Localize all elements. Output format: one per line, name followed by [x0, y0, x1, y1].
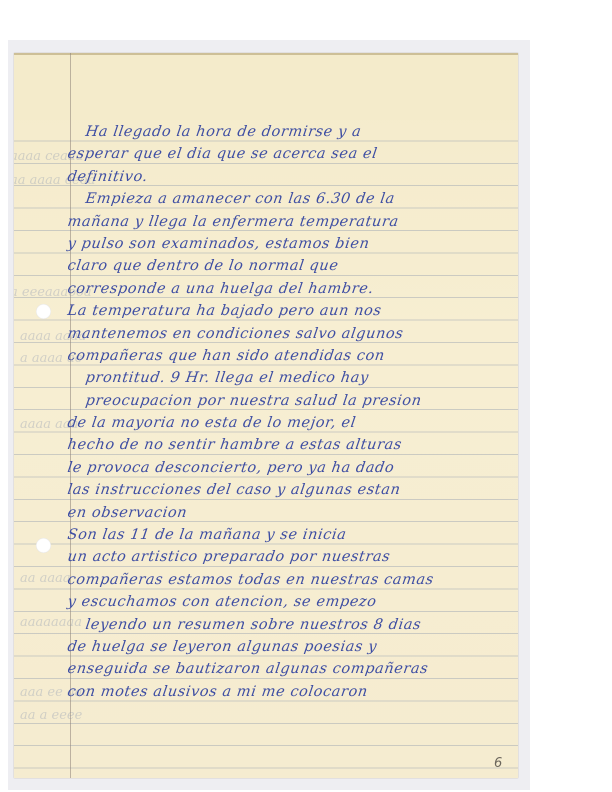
binder-hole-bottom	[36, 538, 51, 553]
text-line: preocupacion por nuestra salud la presio…	[66, 390, 529, 412]
binder-hole-top	[36, 304, 51, 319]
text-line: de huelga se leyeron algunas poesias y	[66, 636, 529, 658]
text-line: Son las 11 de la mañana y se inicia	[66, 524, 529, 546]
text-line: prontitud. 9 Hr. llega el medico hay	[66, 367, 529, 389]
text-line: esperar que el dia que se acerca sea el	[66, 143, 529, 165]
text-line: claro que dentro de lo normal que	[66, 255, 529, 277]
text-line: en observacion	[66, 502, 529, 524]
paper-top-edge	[14, 53, 518, 55]
text-line: corresponde a una huelga del hambre.	[66, 278, 529, 300]
text-line: un acto artistico preparado por nuestras	[66, 546, 529, 568]
page-number: 6	[494, 756, 502, 771]
text-line: enseguida se bautizaron algunas compañer…	[66, 658, 529, 680]
text-line: y pulso son examinados, estamos bien	[66, 233, 529, 255]
text-line: Empieza a amanecer con las 6.30 de la	[66, 188, 529, 210]
handwritten-text: Ha llegado la hora de dormirse y a esper…	[66, 121, 526, 703]
text-line: con motes alusivos a mi me colocaron	[66, 681, 529, 703]
text-line: definitivo.	[66, 166, 529, 188]
text-line: y escuchamos con atencion, se empezo	[66, 591, 529, 613]
text-line: hecho de no sentir hambre a estas altura…	[66, 434, 529, 456]
text-line: La temperatura ha bajado pero aun nos	[66, 300, 529, 322]
text-line: Ha llegado la hora de dormirse y a	[66, 121, 529, 143]
text-line: le provoca desconcierto, pero ya ha dado	[66, 457, 529, 479]
text-line: compañeras estamos todas en nuestras cam…	[66, 569, 529, 591]
text-line: compañeras que han sido atendidas con	[66, 345, 529, 367]
text-line: las instrucciones del caso y algunas est…	[66, 479, 529, 501]
text-line: mañana y llega la enfermera temperatura	[66, 211, 529, 233]
top-blank-area	[14, 53, 518, 120]
text-line: de la mayoria no esta de lo mejor, el	[66, 412, 529, 434]
text-line: leyendo un resumen sobre nuestros 8 dias	[66, 614, 529, 636]
text-line: mantenemos en condiciones salvo algunos	[66, 323, 529, 345]
